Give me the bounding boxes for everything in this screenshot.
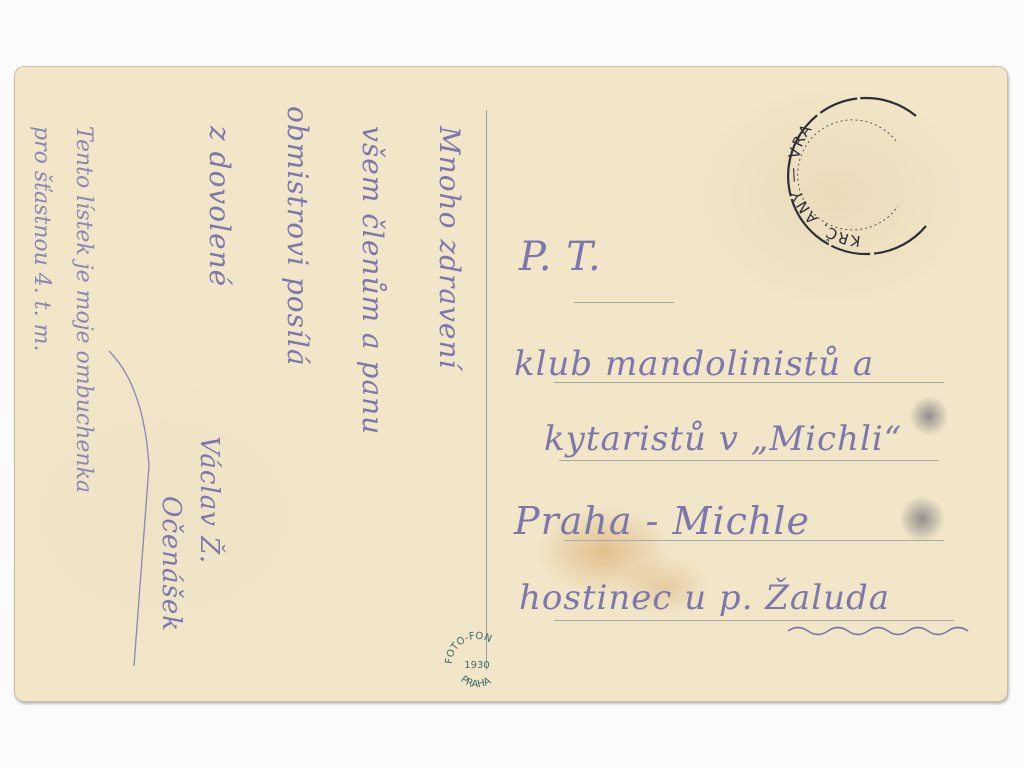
svg-text:KRČ. ANY — VRA: KRČ. ANY — VRA — [784, 120, 862, 250]
underline-flourish — [786, 624, 986, 638]
margin-note-line-2: pro šťastnou 4. t. m. — [29, 126, 54, 351]
address-rule — [564, 540, 944, 541]
photographer-stamp: FOTO-FON 1930 PRAHA — [442, 626, 512, 696]
address-rule — [554, 620, 954, 621]
message-line-4: z dovolené — [203, 126, 236, 287]
address-line-1: P. T. — [519, 234, 602, 280]
message-line-2: všem členům a panu — [356, 126, 389, 435]
svg-text:1930: 1930 — [464, 660, 489, 671]
ink-smudge — [899, 496, 945, 542]
address-line-4: Praha - Michle — [514, 499, 810, 543]
margin-note-line-1: Tento lístek je moje ombuchenka — [71, 126, 96, 493]
address-rule — [574, 302, 674, 303]
postmark-text: KRČ. ANY — VRA — [784, 120, 862, 250]
address-line-3: kytaristů v „Michli“ — [544, 419, 902, 459]
message-line-1: Mnoho zdravení — [433, 126, 466, 369]
svg-text:PRAHA: PRAHA — [458, 674, 493, 690]
address-line-2: klub mandolinistů a — [514, 344, 874, 384]
center-divider-line — [486, 110, 487, 670]
signature-flourish — [104, 346, 194, 676]
address-rule — [554, 382, 944, 383]
signature-name: Václav Ž. — [194, 436, 224, 564]
postmark-stamp: KRČ. ANY — VRA — [766, 86, 938, 258]
message-line-3: obmistrovi posílá — [281, 106, 314, 367]
postcard: KRČ. ANY — VRA FOTO-FON 1930 PRAHA P. T.… — [14, 66, 1008, 702]
address-line-5: hostinec u p. Žaluda — [519, 578, 890, 618]
ink-smudge — [909, 396, 949, 436]
address-rule — [559, 460, 939, 461]
